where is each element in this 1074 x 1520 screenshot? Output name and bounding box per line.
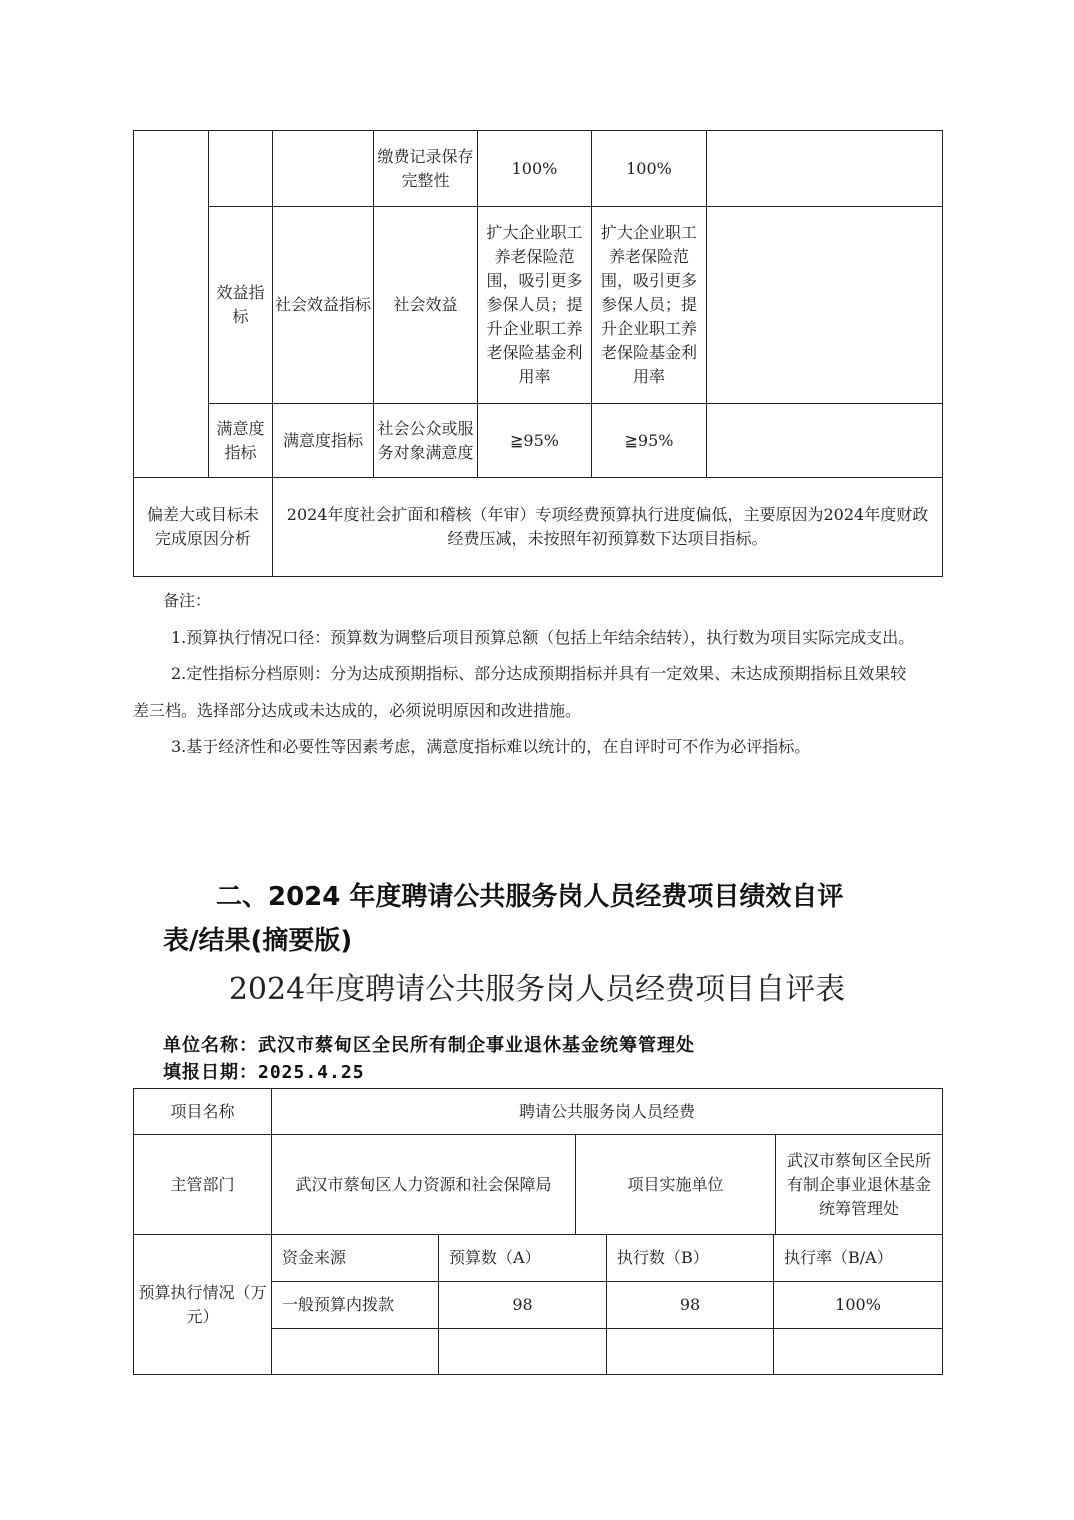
table-row: 效益指标 社会效益指标 社会效益 扩大企业职工养老保险范围，吸引更多参保人员；提… xyxy=(134,207,943,404)
unit-name: 单位名称：武汉市蔡甸区全民所有制企事业退休基金统筹管理处 xyxy=(163,1033,695,1059)
indicator-name: 社会效益 xyxy=(374,207,478,404)
report-date: 填报日期：2025.4.25 xyxy=(163,1060,365,1086)
table-row: 预算执行情况（万元） 资金来源 预算数（A） 执行数（B） 执行率（B/A） xyxy=(134,1235,943,1282)
dept-label: 主管部门 xyxy=(134,1135,272,1235)
impl-unit-label: 项目实施单位 xyxy=(576,1135,776,1235)
indicator-name: 社会公众或服务对象满意度 xyxy=(374,404,478,478)
executed-value: 98 xyxy=(607,1282,774,1329)
impl-unit-value: 武汉市蔡甸区全民所有制企事业退休基金统筹管理处 xyxy=(776,1135,943,1235)
actual-value: 100% xyxy=(592,131,707,207)
fund-source: 一般预算内拨款 xyxy=(272,1282,439,1329)
budget-value xyxy=(439,1329,607,1375)
rate-value xyxy=(774,1329,943,1375)
blank-cell xyxy=(209,131,273,207)
notes-section: 备注： 1.预算执行情况口径：预算数为调整后项目预算总额（包括上年结余结转），执… xyxy=(163,583,915,766)
executed-value xyxy=(607,1329,774,1375)
fund-source xyxy=(272,1329,439,1375)
section-heading-line2: 表/结果(摘要版) xyxy=(163,920,352,962)
header-rate: 执行率（B/A） xyxy=(774,1235,943,1282)
note-item: 2.定性指标分档原则：分为达成预期指标、部分达成预期指标并具有一定效果、未达成预… xyxy=(133,656,915,729)
deviation-text: 2024年度社会扩面和稽核（年审）专项经费预算执行进度偏低，主要原因为2024年… xyxy=(273,478,943,577)
table-row: 项目名称 聘请公共服务岗人员经费 xyxy=(134,1089,943,1135)
note-cell xyxy=(707,131,943,207)
blank-cell xyxy=(273,131,374,207)
table-row: 缴费记录保存完整性 100% 100% xyxy=(134,131,943,207)
project-name-value: 聘请公共服务岗人员经费 xyxy=(272,1089,943,1135)
target-value: ≧95% xyxy=(478,404,592,478)
level1-indicator: 效益指标 xyxy=(209,207,273,404)
budget-label: 预算执行情况（万元） xyxy=(134,1235,272,1375)
dept-value: 武汉市蔡甸区人力资源和社会保障局 xyxy=(272,1135,576,1235)
project-info-table: 项目名称 聘请公共服务岗人员经费 主管部门 武汉市蔡甸区人力资源和社会保障局 项… xyxy=(133,1088,943,1375)
form-title: 2024年度聘请公共服务岗人员经费项目自评表 xyxy=(0,970,1074,1010)
note-item: 3.基于经济性和必要性等因素考虑，满意度指标难以统计的，在自评时可不作为必评指标… xyxy=(133,729,915,766)
indicator-name: 缴费记录保存完整性 xyxy=(374,131,478,207)
header-fund-source: 资金来源 xyxy=(272,1235,439,1282)
level1-indicator: 满意度指标 xyxy=(209,404,273,478)
header-executed: 执行数（B） xyxy=(607,1235,774,1282)
target-value: 100% xyxy=(478,131,592,207)
project-name-label: 项目名称 xyxy=(134,1089,272,1135)
note-cell xyxy=(707,404,943,478)
note-item: 1.预算执行情况口径：预算数为调整后项目预算总额（包括上年结余结转），执行数为项… xyxy=(133,620,915,657)
deviation-label: 偏差大或目标未完成原因分析 xyxy=(134,478,273,577)
notes-title: 备注： xyxy=(163,583,915,620)
performance-indicator-table: 缴费记录保存完整性 100% 100% 效益指标 社会效益指标 社会效益 扩大企… xyxy=(133,130,943,577)
header-budget: 预算数（A） xyxy=(439,1235,607,1282)
note-cell xyxy=(707,207,943,404)
merged-blank-cell xyxy=(134,131,209,478)
target-value: 扩大企业职工养老保险范围，吸引更多参保人员；提升企业职工养老保险基金利用率 xyxy=(478,207,592,404)
budget-value: 98 xyxy=(439,1282,607,1329)
section-heading-line1: 二、2024 年度聘请公共服务岗人员经费项目绩效自评 xyxy=(216,876,843,918)
table-row: 满意度指标 满意度指标 社会公众或服务对象满意度 ≧95% ≧95% xyxy=(134,404,943,478)
table-row: 偏差大或目标未完成原因分析 2024年度社会扩面和稽核（年审）专项经费预算执行进… xyxy=(134,478,943,577)
rate-value: 100% xyxy=(774,1282,943,1329)
level2-indicator: 满意度指标 xyxy=(273,404,374,478)
table-row: 主管部门 武汉市蔡甸区人力资源和社会保障局 项目实施单位 武汉市蔡甸区全民所有制… xyxy=(134,1135,943,1235)
actual-value: 扩大企业职工养老保险范围，吸引更多参保人员；提升企业职工养老保险基金利用率 xyxy=(592,207,707,404)
level2-indicator: 社会效益指标 xyxy=(273,207,374,404)
actual-value: ≧95% xyxy=(592,404,707,478)
